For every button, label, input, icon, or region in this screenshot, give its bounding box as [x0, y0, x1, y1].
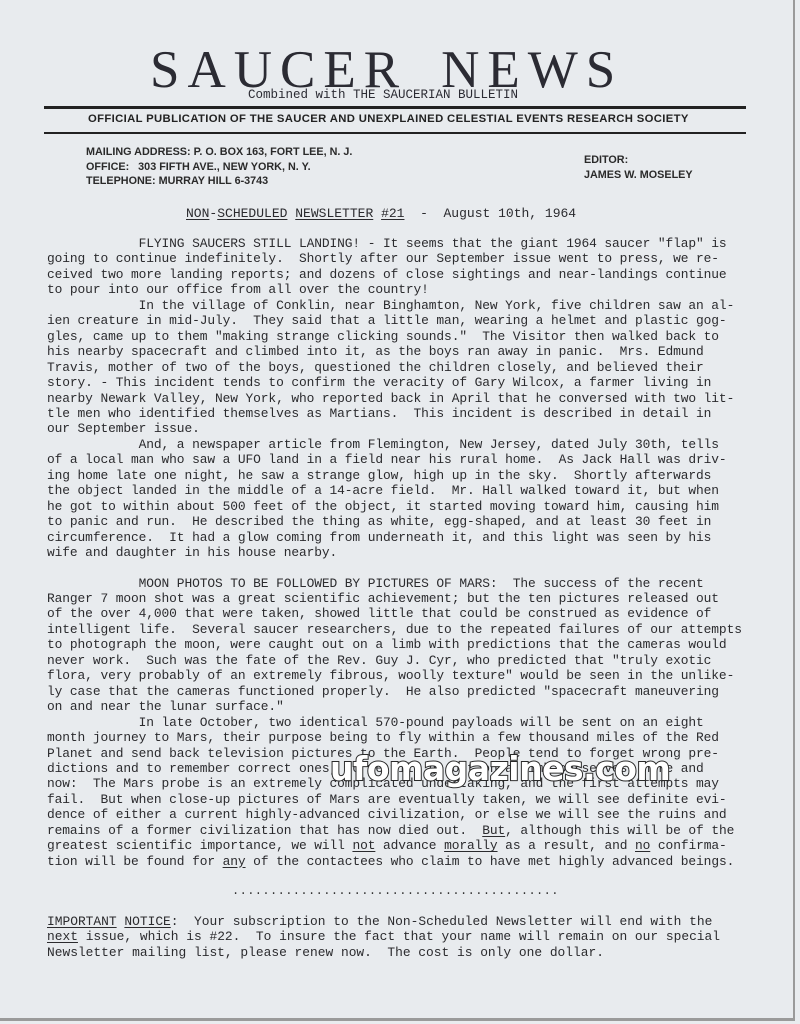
- emphasis-but: But: [482, 823, 505, 838]
- official-publication-line: OFFICIAL PUBLICATION OF THE SAUCER AND U…: [88, 113, 689, 125]
- article-line: ly case that the cameras functioned prop…: [47, 684, 777, 699]
- article-line: he got to within about 500 feet of the o…: [47, 499, 777, 514]
- watermark-logo: ufomagazines.com: [330, 752, 670, 785]
- article-line: ing home late one night, he saw a strang…: [47, 468, 777, 483]
- article-line: never work. Such was the fate of the Rev…: [47, 653, 777, 668]
- section-separator-dots: ........................................…: [232, 884, 559, 898]
- article-line: nearby Newark Valley, New York, who repo…: [47, 391, 777, 406]
- notice-next: next: [47, 929, 78, 944]
- article-line: to photograph the moon, were caught out …: [47, 637, 777, 652]
- emphasis-not: not: [352, 838, 375, 853]
- issue-number: #21: [381, 206, 404, 221]
- article-line: month journey to Mars, their purpose bei…: [47, 730, 777, 745]
- article-line: remains of a former civilization that ha…: [47, 823, 777, 838]
- article-line: our September issue.: [47, 421, 777, 436]
- article-line: to panic and run. He described the thing…: [47, 514, 777, 529]
- article-line: intelligent life. Several saucer researc…: [47, 622, 777, 637]
- article-line: In the village of Conklin, near Binghamt…: [47, 298, 777, 313]
- contact-block: MAILING ADDRESS: P. O. BOX 163, FORT LEE…: [86, 145, 352, 189]
- editor-label: EDITOR:: [584, 153, 693, 168]
- article-line: wife and daughter in his house nearby.: [47, 545, 777, 560]
- section-gap: [47, 561, 777, 576]
- newsletter-page: SAUCERNEWS Combined with THE SAUCERIAN B…: [0, 0, 795, 1021]
- article-line: And, a newspaper article from Flemington…: [47, 437, 777, 452]
- article-line: circumference. It had a glow coming from…: [47, 530, 777, 545]
- header-rule-bottom: [44, 132, 746, 134]
- dateline-newsletter: NEWSLETTER: [295, 206, 373, 221]
- header-rule-top: [44, 106, 746, 109]
- article-line: dence of either a current highly-advance…: [47, 807, 777, 822]
- masthead-subtitle: Combined with THE SAUCERIAN BULLETIN: [248, 88, 518, 102]
- article-line: Travis, mother of two of the boys, quest…: [47, 360, 777, 375]
- editor-name: JAMES W. MOSELEY: [584, 168, 693, 183]
- article-line: In late October, two identical 570-pound…: [47, 715, 777, 730]
- article-line: ien creature in mid-July. They said that…: [47, 313, 777, 328]
- article-line: tle men who identified themselves as Mar…: [47, 406, 777, 421]
- article-line: gles, came up to them "making strange cl…: [47, 329, 777, 344]
- notice-line: Newsletter mailing list, please renew no…: [47, 945, 777, 960]
- notice-label-important: IMPORTANT: [47, 914, 117, 929]
- article-line: ceived two more landing reports; and doz…: [47, 267, 777, 282]
- emphasis-morally: morally: [444, 838, 497, 853]
- article-line: going to continue indefinitely. Shortly …: [47, 251, 777, 266]
- article-line: of the over 4,000 that were taken, showe…: [47, 606, 777, 621]
- notice-line: next issue, which is #22. To insure the …: [47, 929, 777, 944]
- dateline-non: NON: [186, 206, 209, 221]
- emphasis-any: any: [223, 854, 246, 869]
- dateline-scheduled: SCHEDULED: [217, 206, 287, 221]
- newsletter-dateline: NON-SCHEDULED NEWSLETTER #21 - August 10…: [186, 206, 576, 221]
- office-address: OFFICE: 303 FIFTH AVE., NEW YORK, N. Y.: [86, 160, 352, 175]
- article-line: story. - This incident tends to confirm …: [47, 375, 777, 390]
- article-line: on and near the lunar surface.": [47, 699, 777, 714]
- article-line: his nearby spacecraft and climbed into i…: [47, 344, 777, 359]
- notice-label-notice: NOTICE: [124, 914, 170, 929]
- telephone: TELEPHONE: MURRAY HILL 6-3743: [86, 174, 352, 189]
- mailing-address: MAILING ADDRESS: P. O. BOX 163, FORT LEE…: [86, 145, 352, 160]
- article-line: greatest scientific importance, we will …: [47, 838, 777, 853]
- article-line: fail. But when close-up pictures of Mars…: [47, 792, 777, 807]
- article-line: of a local man who saw a UFO land in a f…: [47, 452, 777, 467]
- article-line: FLYING SAUCERS STILL LANDING! - It seems…: [47, 236, 777, 251]
- article-line: MOON PHOTOS TO BE FOLLOWED BY PICTURES O…: [47, 576, 777, 591]
- article-line: to pour into our office from all over th…: [47, 282, 777, 297]
- article-line: flora, very probably of an extremely fib…: [47, 668, 777, 683]
- important-notice: IMPORTANT NOTICE: Your subscription to t…: [47, 914, 777, 960]
- issue-date: - August 10th, 1964: [404, 206, 576, 221]
- emphasis-no: no: [635, 838, 650, 853]
- article-line: Ranger 7 moon shot was a great scientifi…: [47, 591, 777, 606]
- editor-block: EDITOR: JAMES W. MOSELEY: [584, 153, 693, 182]
- notice-line: IMPORTANT NOTICE: Your subscription to t…: [47, 914, 777, 929]
- article-line: tion will be found for any of the contac…: [47, 854, 777, 869]
- article-line: the object landed in the middle of a 14-…: [47, 483, 777, 498]
- article-section-landings: FLYING SAUCERS STILL LANDING! - It seems…: [47, 236, 777, 561]
